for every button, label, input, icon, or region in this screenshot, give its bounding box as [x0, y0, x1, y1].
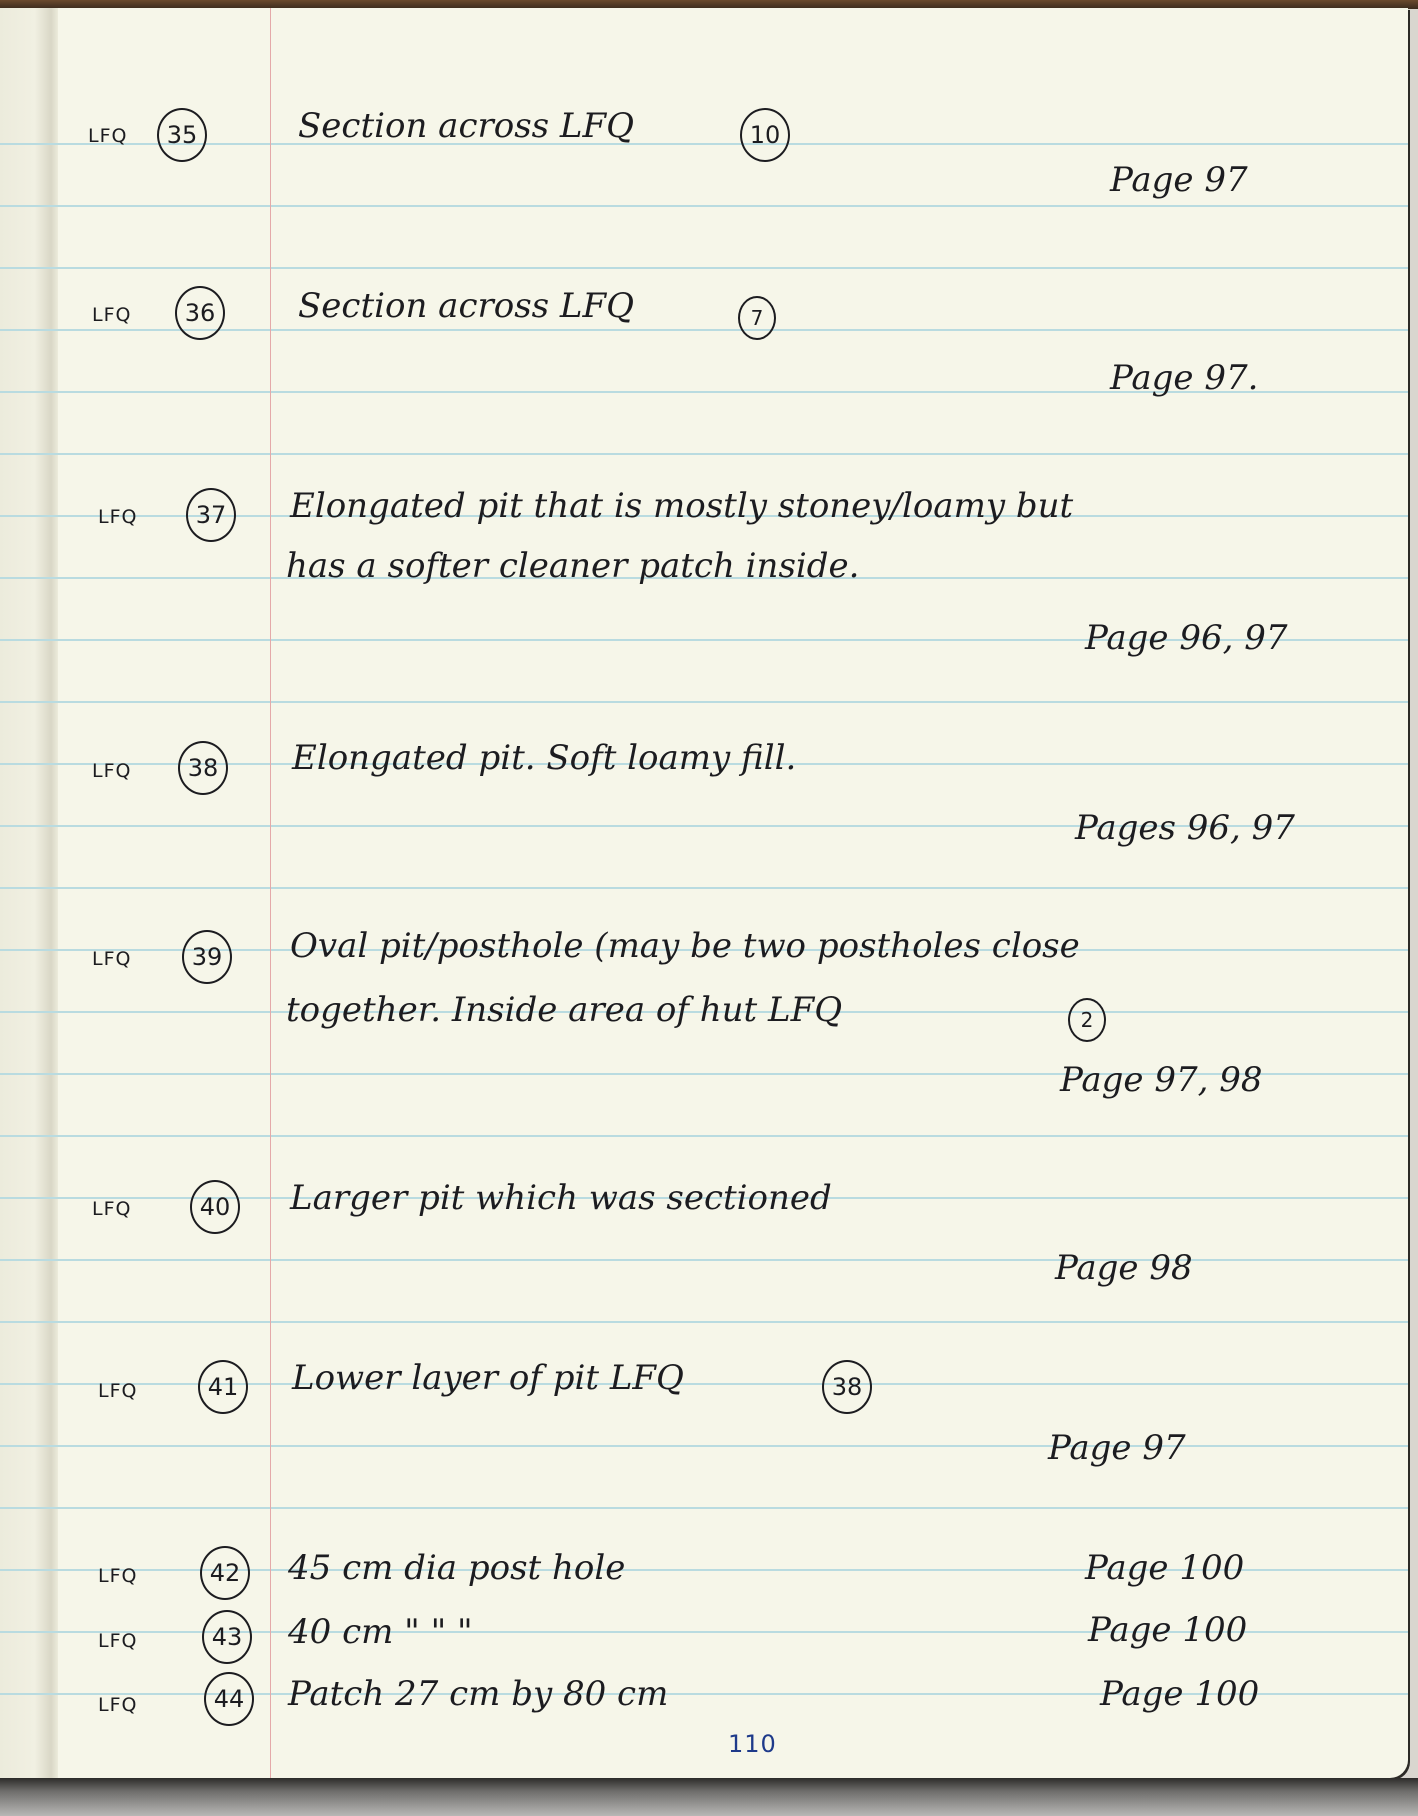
ref-number-circled: 10 [740, 108, 790, 162]
entry-prefix: LFQ [98, 1380, 137, 1402]
entry-description: Patch 27 cm by 80 cm [288, 1674, 668, 1714]
entry-number-circled: 38 [178, 741, 228, 795]
ruled-line [0, 887, 1408, 889]
entry-description: Lower layer of pit LFQ [292, 1358, 684, 1398]
entry-prefix: LFQ [98, 1565, 137, 1587]
entry-description: 45 cm dia post hole [288, 1548, 625, 1588]
ruled-line [0, 267, 1408, 269]
ruled-line [0, 1259, 1408, 1261]
entry-number-circled: 43 [202, 1610, 252, 1664]
ruled-line [0, 1445, 1408, 1447]
page-reference: Page 100 [1100, 1674, 1259, 1714]
page-reference: Page 96, 97 [1085, 618, 1287, 658]
margin-line [270, 8, 271, 1778]
page-reference: Pages 96, 97 [1075, 808, 1295, 848]
entry-description-line-2: has a softer cleaner patch inside. [286, 546, 859, 586]
entry-number-circled: 41 [198, 1360, 248, 1414]
entry-prefix: LFQ [92, 1198, 131, 1220]
ruled-line [0, 1507, 1408, 1509]
entry-prefix: LFQ [92, 760, 131, 782]
page-reference: Page 100 [1088, 1610, 1247, 1650]
notebook-page: LFQ 35 Section across LFQ 10 Page 97 LFQ… [0, 8, 1408, 1778]
entry-number-circled: 42 [200, 1546, 250, 1600]
entry-number-circled: 37 [186, 488, 236, 542]
entry-prefix: LFQ [88, 125, 127, 147]
ruled-line [0, 143, 1408, 145]
ruled-line [0, 453, 1408, 455]
entry-prefix: LFQ [92, 948, 131, 970]
ruled-line [0, 701, 1408, 703]
ref-number-circled: 38 [822, 1360, 872, 1414]
entry-prefix: LFQ [98, 1630, 137, 1652]
entry-number-circled: 35 [157, 108, 207, 162]
entry-description-line-1: Oval pit/posthole (may be two postholes … [290, 926, 1080, 966]
page-number: 110 [728, 1730, 777, 1758]
entry-description: Larger pit which was sectioned [290, 1178, 832, 1218]
page-reference: Page 100 [1085, 1548, 1244, 1588]
page-gutter-fold [0, 8, 58, 1778]
ruled-line [0, 1321, 1408, 1323]
entry-number-circled: 36 [175, 286, 225, 340]
notebook-bottom-edge [0, 1778, 1418, 1816]
entry-description: Section across LFQ [298, 106, 634, 146]
entry-description: 40 cm " " " [288, 1612, 473, 1652]
entry-number-circled: 39 [182, 930, 232, 984]
entry-description: Elongated pit. Soft loamy fill. [292, 738, 796, 778]
page-reference: Page 98 [1055, 1248, 1193, 1288]
entry-description: Section across LFQ [298, 286, 634, 326]
page-reference: Page 97. [1110, 358, 1258, 398]
entry-prefix: LFQ [92, 304, 131, 326]
entry-number-circled: 44 [204, 1672, 254, 1726]
ref-number-circled: 2 [1068, 998, 1106, 1042]
page-reference: Page 97 [1048, 1428, 1186, 1468]
entry-prefix: LFQ [98, 506, 137, 528]
page-reference: Page 97 [1110, 160, 1248, 200]
ruled-line [0, 205, 1408, 207]
entry-description-line-2: together. Inside area of hut LFQ [286, 990, 842, 1030]
entry-prefix: LFQ [98, 1694, 137, 1716]
ruled-line [0, 1135, 1408, 1137]
entry-description-line-1: Elongated pit that is mostly stoney/loam… [290, 486, 1073, 526]
ref-number-circled: 7 [738, 296, 776, 340]
page-reference: Page 97, 98 [1060, 1060, 1262, 1100]
entry-number-circled: 40 [190, 1180, 240, 1234]
